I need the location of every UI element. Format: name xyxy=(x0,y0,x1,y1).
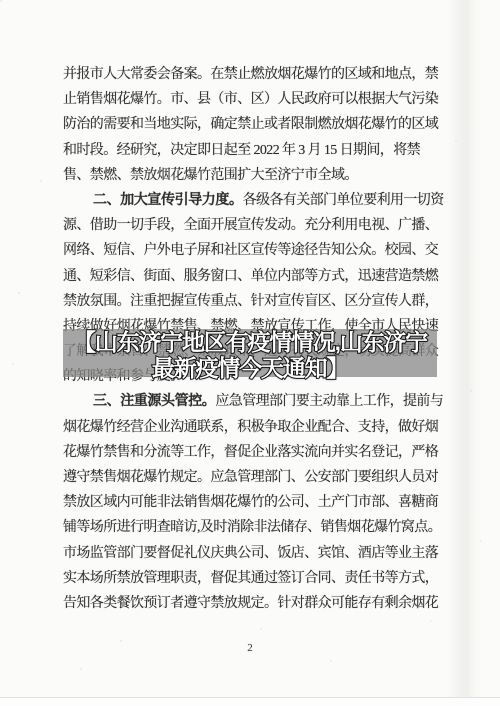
scanned-document-page: 并报市人大常委会备案。在禁止燃放烟花爆竹的区域和地点，禁 止销售烟花爆竹。市、县… xyxy=(0,0,500,706)
text-line: 源、借助一切手段，全面开展宣传发动。充分利用电视、广播、 xyxy=(63,213,439,238)
watermark-caption-line1: 【山东济宁地区有疫情情况,山东济宁 xyxy=(58,329,442,355)
page-bottom-edge xyxy=(0,697,500,706)
text-line: 网络、短信、户外电子屏和社区宣传等途径告知公众。校园、交 xyxy=(63,238,439,263)
page-edge-shadow xyxy=(448,0,482,706)
text-line: 禁放氛围。注重把握宣传重点、针对宣传盲区、区分宣传人群， xyxy=(63,289,439,314)
text-line: 花爆竹禁售和分流等工作，督促企业落实流向并实名登记，严格 xyxy=(63,440,439,465)
text-line: 市场监管部门要督促礼仪庆典公司、饭店、宾馆、酒店等业主落 xyxy=(63,541,439,566)
text-line: 遵守禁售烟花爆竹规定。应急管理部门、公安部门要组织人员对 xyxy=(63,465,439,490)
text-line: 铺等场所进行明查暗访,及时消除非法储存、销售烟花爆竹窝点。 xyxy=(63,515,439,540)
text-line: 防治的需要和当地实际，确定禁止或者限制燃放烟花爆竹的区域 xyxy=(63,112,439,137)
section-heading-3: 三、注重源头管控。应急管理部门要主动靠上工作，提前与 xyxy=(63,389,439,414)
text-line: 止销售烟花爆竹。市、县（市、区）人民政府可以根据大气污染 xyxy=(63,87,439,112)
text-line: 烟花爆竹经营企业沟通联系，积极争取企业配合、支持，做好烟 xyxy=(63,415,439,440)
text-line: 实本场所禁放管理职责，督促其通过签订合同、责任书等方式， xyxy=(63,566,439,591)
watermark-caption: 【山东济宁地区有疫情情况,山东济宁 最新疫情今天通知】 xyxy=(58,329,442,381)
text-line: 禁放区域内可能非法销售烟花爆竹的公司、土产门市部、喜糖商 xyxy=(63,490,439,515)
scan-noise-speckles xyxy=(0,0,2,2)
text-line: 通、短彩信、街面、服务窗口、单位内部等方式，迅速营造禁燃 xyxy=(63,264,439,289)
section-heading-2: 二、加大宣传引导力度。各级各有关部门单位要利用一切资 xyxy=(63,188,439,213)
text-line: 并报市人大常委会备案。在禁止燃放烟花爆竹的区域和地点，禁 xyxy=(63,62,439,87)
text-line: 告知各类餐饮预订者遵守禁放规定。针对群众可能存有剩余烟花 xyxy=(63,591,439,616)
text-line: 和时段。经研究，决定即日起至 2022 年 3 月 15 日期间，将禁 xyxy=(63,138,439,163)
text-line: 售、禁燃、禁放烟花爆竹范围扩大至济宁市全域。 xyxy=(63,163,439,188)
watermark-caption-line2: 最新疫情今天通知】 xyxy=(58,355,442,381)
page-number: 2 xyxy=(63,642,437,654)
